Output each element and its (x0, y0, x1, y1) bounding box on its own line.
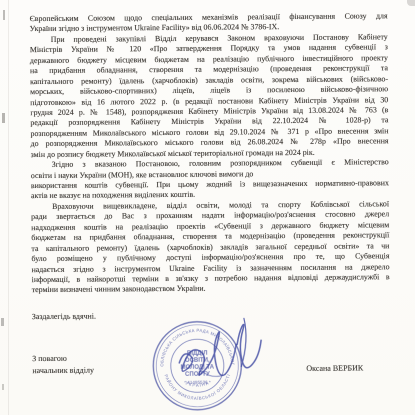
closing-block: З повагою начальник відділу (32, 353, 94, 377)
signer-title: начальник відділу (32, 365, 94, 377)
signer-name: Оксана ВЕРБИК (306, 363, 363, 372)
document-body: Європейським Союзом щодо спеціальних мех… (30, 11, 390, 322)
signature-stroke-main (179, 332, 236, 376)
scanned-letter-page: Європейським Союзом щодо спеціальних мех… (0, 0, 415, 415)
signature-stroke-loop (237, 324, 261, 367)
signature-stroke-tail (201, 371, 225, 377)
handwritten-signature (141, 306, 302, 393)
closing-regards: З повагою (32, 353, 94, 365)
